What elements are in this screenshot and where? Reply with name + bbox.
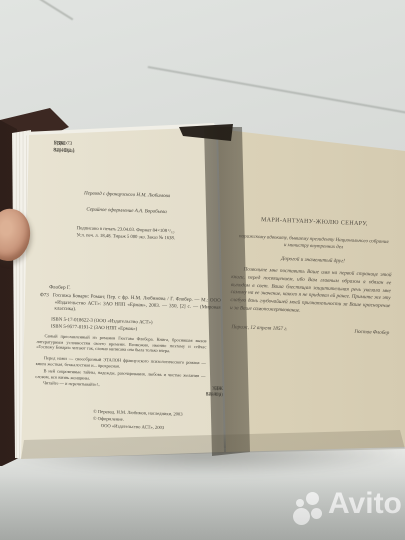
design-credit: Серийное оформление А.А. Воробьева (38, 206, 216, 217)
signature-row: Париж, 12 апреля 1857 г. Гюстав Флобер (231, 324, 389, 336)
author-signature: Гюстав Флобер (354, 329, 389, 336)
avito-logo-icon (306, 492, 319, 505)
avito-logo-icon (293, 508, 310, 525)
bib-text: Госпожа Бовари: Роман; Пер. с фр. Н.М. Л… (53, 293, 221, 312)
book-photo: УДК 821.133.1 ББК 84(4Фра) Ф73 Перевод с… (0, 0, 405, 540)
avito-logo-icon (311, 508, 322, 519)
copyright-publisher: ООО «Издательство АСТ», 2003 (101, 423, 165, 430)
bbk-bottom: ББК 84(4Фр) (206, 386, 223, 399)
place-date: Париж, 12 апреля 1857 г. (231, 324, 287, 332)
dedicatee-name: МАРИ-АНТУАНУ-ЖЮЛЮ СЕНАРУ, (231, 216, 397, 228)
salutation: Дорогой и знаменитый друг! (230, 254, 396, 266)
avito-watermark-label: Avito (328, 487, 402, 521)
copyright-design: © Оформление. (93, 416, 124, 422)
isbn-line-2: ISBN 5-9577-0191-2 (ЗАО НПП «Ермак») (51, 324, 137, 332)
dedication-body: Позвольте мне поставить Ваше имя на перв… (230, 266, 392, 319)
wall-scuff (39, 0, 74, 20)
avito-logo-icon (296, 499, 304, 507)
wall-crease (148, 66, 405, 115)
dedication-page-text: МАРИ-АНТУАНУ-ЖЮЛЮ СЕНАРУ, парижскому адв… (226, 206, 398, 362)
translation-credit: Перевод с французского Н.М. Любимова (38, 190, 216, 201)
bibliographic-entry: Ф73Госпожа Бовари: Роман; Пер. с фр. Н.М… (39, 293, 221, 318)
imprint-page-text: УДК 821.133.1 ББК 84(4Фра) Ф73 Перевод с… (31, 132, 218, 437)
author-sign-code: Ф73 (54, 140, 73, 147)
dedicatee-titles: парижскому адвокату, бывшему президенту … (238, 234, 388, 253)
author-heading: Флобер Г. (49, 284, 71, 291)
annotation-paragraph-1: Самый прославленный из романов Гюстава Ф… (36, 333, 206, 355)
bib-code: Ф73 (40, 293, 49, 298)
annotation-paragraph-4: Читайте — и перечитывайте!.. (43, 380, 100, 387)
avito-watermark: Avito (288, 486, 405, 534)
